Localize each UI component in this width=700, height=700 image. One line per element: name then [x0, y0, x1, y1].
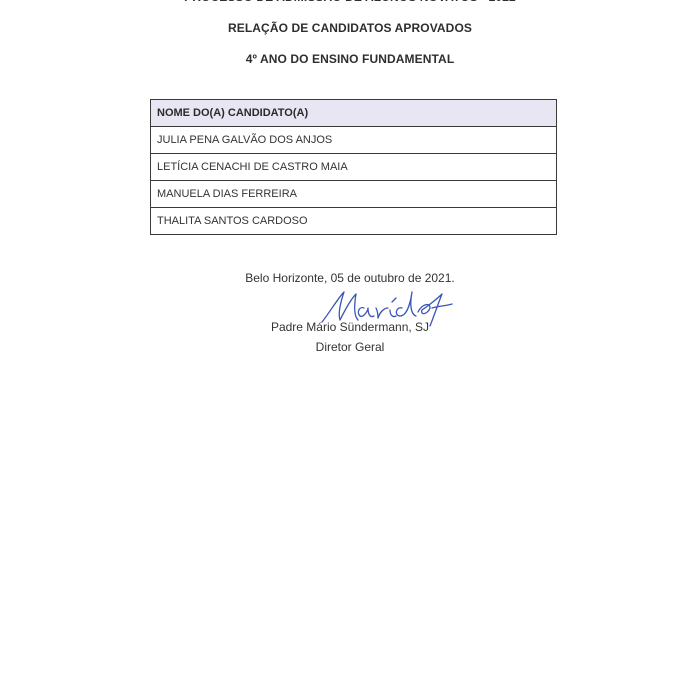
table-header-row: NOME DO(A) CANDIDATO(A): [151, 100, 557, 127]
approved-candidates-table: NOME DO(A) CANDIDATO(A) JULIA PENA GALVÃ…: [150, 99, 557, 235]
table-row: JULIA PENA GALVÃO DOS ANJOS: [151, 127, 557, 154]
grade-title: 4º ANO DO ENSINO FUNDAMENTAL: [0, 52, 700, 66]
candidate-name: THALITA SANTOS CARDOSO: [151, 208, 557, 235]
candidate-name: MANUELA DIAS FERREIRA: [151, 181, 557, 208]
city-date: Belo Horizonte, 05 de outubro de 2021.: [0, 271, 700, 285]
table-row: LETÍCIA CENACHI DE CASTRO MAIA: [151, 154, 557, 181]
column-header-candidate-name: NOME DO(A) CANDIDATO(A): [151, 100, 557, 127]
table-row: MANUELA DIAS FERREIRA: [151, 181, 557, 208]
signer-role: Diretor Geral: [0, 340, 700, 354]
list-title: RELAÇÃO DE CANDIDATOS APROVADOS: [0, 21, 700, 35]
signer-name: Padre Mário Sündermann, SJ: [0, 320, 700, 334]
process-title: PROCESSO DE ADMISSÃO DE ALUNOS NOVATOS -…: [0, 0, 700, 4]
table-row: THALITA SANTOS CARDOSO: [151, 208, 557, 235]
candidate-name: LETÍCIA CENACHI DE CASTRO MAIA: [151, 154, 557, 181]
candidate-name: JULIA PENA GALVÃO DOS ANJOS: [151, 127, 557, 154]
